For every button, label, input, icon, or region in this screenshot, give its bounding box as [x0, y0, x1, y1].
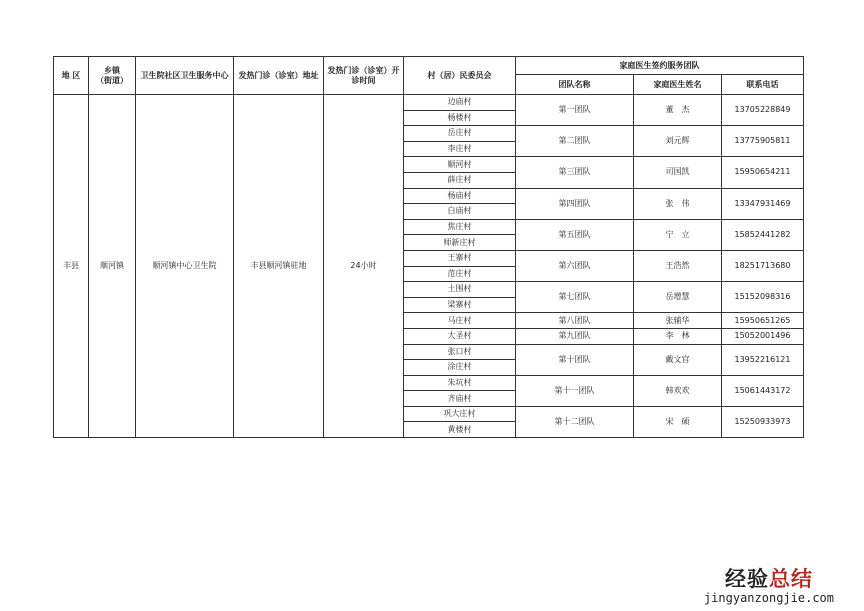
health-center-cell: 顺河镇中心卫生院 [136, 95, 234, 438]
header-town: 乡镇 （街道） [89, 57, 136, 95]
header-phone: 联系电话 [722, 75, 804, 95]
village-cell: 巩大庄村 [404, 406, 516, 422]
village-cell: 师新庄村 [404, 235, 516, 251]
header-fever-address: 发热门诊（诊室）地址 [234, 57, 324, 95]
phone-cell: 15152098316 [722, 282, 804, 313]
watermark-title: 经验总结 [704, 567, 834, 591]
doctor-name-cell: 宋 硕 [634, 406, 722, 437]
village-cell: 朱坑村 [404, 375, 516, 391]
phone-cell: 13952216121 [722, 344, 804, 375]
team-name-cell: 第五团队 [516, 219, 634, 250]
fever-address-cell: 丰县顺河镇驻地 [234, 95, 324, 438]
team-name-cell: 第四团队 [516, 188, 634, 219]
region-cell: 丰县 [54, 95, 89, 438]
doctor-name-cell: 张辅华 [634, 313, 722, 329]
village-cell: 薛庄村 [404, 172, 516, 188]
village-cell: 岳庄村 [404, 126, 516, 142]
village-cell: 齐庙村 [404, 391, 516, 407]
watermark-title-part1: 经验 [725, 567, 769, 591]
watermark-title-part2: 总结 [769, 567, 813, 591]
watermark-url: jingyanzongjie.com [704, 591, 834, 605]
team-name-cell: 第二团队 [516, 126, 634, 157]
header-village: 村（居）民委员会 [404, 57, 516, 95]
header-health-center: 卫生院社区卫生服务中心 [136, 57, 234, 95]
team-name-cell: 第一团队 [516, 95, 634, 126]
village-cell: 涂庄村 [404, 360, 516, 376]
doctor-name-cell: 李 林 [634, 328, 722, 344]
team-name-cell: 第八团队 [516, 313, 634, 329]
village-cell: 张口村 [404, 344, 516, 360]
table-row: 丰县顺河镇顺河镇中心卫生院丰县顺河镇驻地24小时边庙村第一团队董 杰137052… [54, 95, 804, 111]
town-cell: 顺河镇 [89, 95, 136, 438]
header-team-name: 团队名称 [516, 75, 634, 95]
doctor-name-cell: 董 杰 [634, 95, 722, 126]
phone-cell: 15950651265 [722, 313, 804, 329]
team-name-cell: 第十二团队 [516, 406, 634, 437]
village-cell: 顺河村 [404, 157, 516, 173]
header-family-doctor-group: 家庭医生签约服务团队 [516, 57, 804, 75]
doctor-name-cell: 刘元辉 [634, 126, 722, 157]
village-cell: 梁寨村 [404, 297, 516, 313]
doctor-name-cell: 王浩然 [634, 250, 722, 281]
phone-cell: 15950654211 [722, 157, 804, 188]
village-cell: 焦庄村 [404, 219, 516, 235]
phone-cell: 15250933973 [722, 406, 804, 437]
phone-cell: 15052001496 [722, 328, 804, 344]
phone-cell: 15061443172 [722, 375, 804, 406]
table-body: 丰县顺河镇顺河镇中心卫生院丰县顺河镇驻地24小时边庙村第一团队董 杰137052… [54, 95, 804, 438]
village-cell: 马庄村 [404, 313, 516, 329]
village-cell: 黄楼村 [404, 422, 516, 438]
doctor-name-cell: 韩欢欢 [634, 375, 722, 406]
village-cell: 大圣村 [404, 328, 516, 344]
watermark: 经验总结 jingyanzongjie.com [704, 567, 834, 605]
doctor-name-cell: 司国凯 [634, 157, 722, 188]
team-name-cell: 第九团队 [516, 328, 634, 344]
team-name-cell: 第十一团队 [516, 375, 634, 406]
team-name-cell: 第十团队 [516, 344, 634, 375]
village-cell: 杨楼村 [404, 110, 516, 126]
village-cell: 土围村 [404, 282, 516, 298]
fever-hours-cell: 24小时 [324, 95, 404, 438]
village-cell: 白庙村 [404, 204, 516, 220]
doctor-name-cell: 宁 立 [634, 219, 722, 250]
phone-cell: 13347931469 [722, 188, 804, 219]
phone-cell: 18251713680 [722, 250, 804, 281]
doctor-name-cell: 岳增慧 [634, 282, 722, 313]
village-cell: 杨庙村 [404, 188, 516, 204]
family-doctor-table: 地 区 乡镇 （街道） 卫生院社区卫生服务中心 发热门诊（诊室）地址 发热门诊（… [53, 56, 804, 438]
village-cell: 范庄村 [404, 266, 516, 282]
village-cell: 李庄村 [404, 141, 516, 157]
team-name-cell: 第三团队 [516, 157, 634, 188]
doctor-name-cell: 戴文官 [634, 344, 722, 375]
header-region: 地 区 [54, 57, 89, 95]
phone-cell: 13775905811 [722, 126, 804, 157]
village-cell: 边庙村 [404, 95, 516, 111]
header-fever-hours: 发热门诊（诊室）开诊时间 [324, 57, 404, 95]
village-cell: 王寨村 [404, 250, 516, 266]
team-name-cell: 第六团队 [516, 250, 634, 281]
doctor-name-cell: 张 伟 [634, 188, 722, 219]
phone-cell: 13705228849 [722, 95, 804, 126]
phone-cell: 15852441282 [722, 219, 804, 250]
header-doctor-name: 家庭医生姓名 [634, 75, 722, 95]
team-name-cell: 第七团队 [516, 282, 634, 313]
